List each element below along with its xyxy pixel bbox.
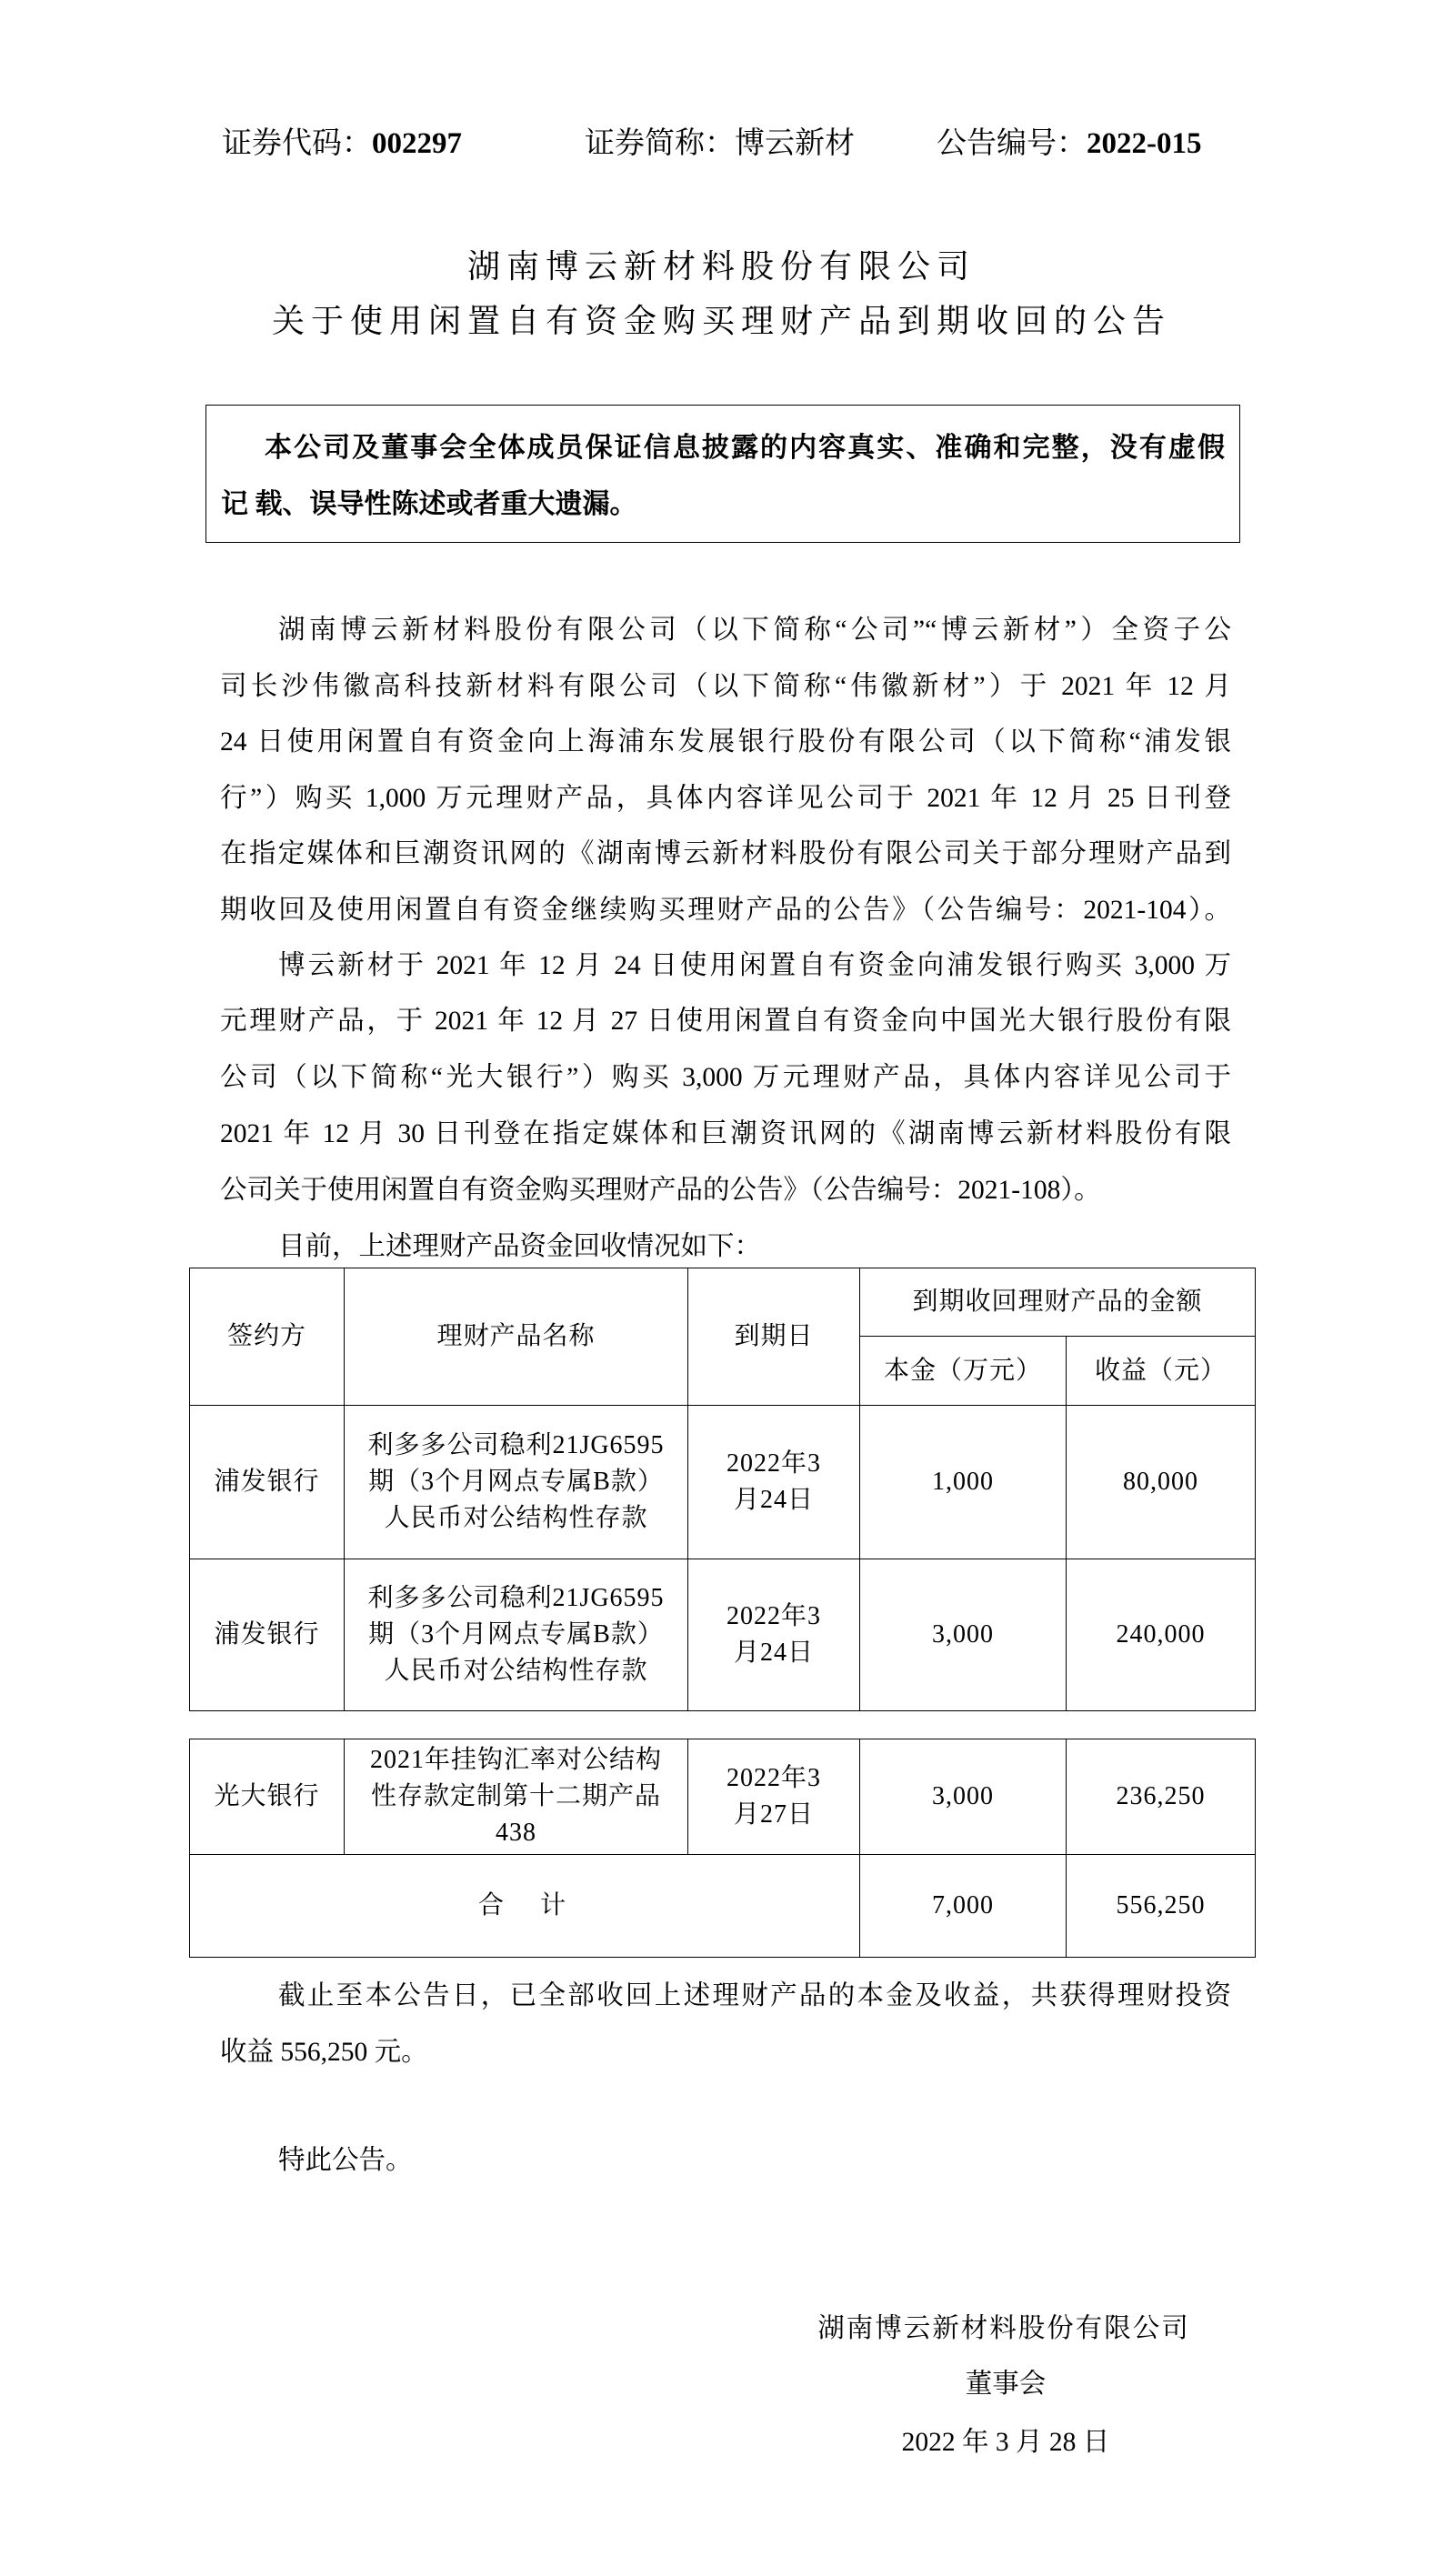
stock-code-label: 证券代码： [222, 127, 372, 160]
paragraph-line: 公司（以下简称“光大银行”）购买 3,000 万元理财产品，具体内容详见公司于 [220, 1059, 1231, 1096]
paragraph-line: 司长沙伟徽高科技新材料有限公司（以下简称“伟徽新材”）于 2021 年 12 月 [220, 668, 1231, 705]
paragraph-line: 公司关于使用闲置自有资金购买理财产品的公告》（公告编号：2021-108）。 [220, 1172, 1231, 1208]
cell-income: 80,000 [1067, 1406, 1256, 1559]
closing-text: 特此公告。 [278, 2142, 1231, 2179]
cell-total-principal: 7,000 [860, 1855, 1067, 1958]
signature-board: 董事会 [818, 2366, 1193, 2402]
announcement-no-label: 公告编号： [937, 127, 1087, 160]
cell-product-name: 利多多公司稳利21JG6595期（3个月网点专属B款）人民币对公结构性存款 [345, 1406, 688, 1559]
disclaimer-box: 本公司及董事会全体成员保证信息披露的内容真实、准确和完整，没有虚假 记 载、误导… [205, 405, 1240, 543]
paragraph-line: 2021 年 12 月 30 日刊登在指定媒体和巨潮资讯网的《湖南博云新材料股份… [220, 1116, 1231, 1152]
paragraph-line: 博云新材于 2021 年 12 月 24 日使用闲置自有资金向浦发银行购买 3,… [278, 947, 1231, 984]
paragraph-line: 在指定媒体和巨潮资讯网的《湖南博云新材料股份有限公司关于部分理财产品到 [220, 836, 1231, 872]
header-income: 收益（元） [1067, 1337, 1256, 1406]
stock-abbr-label: 证券简称： [585, 127, 735, 160]
header-principal: 本金（万元） [860, 1337, 1067, 1406]
header-party: 签约方 [190, 1268, 345, 1406]
paragraph-3: 目前，上述理财产品资金回收情况如下： [278, 1228, 1231, 1265]
table-header-row: 签约方 理财产品名称 到期日 到期收回理财产品的金额 [190, 1268, 1256, 1337]
cell-party: 光大银行 [190, 1739, 345, 1855]
cell-product-name: 2021年挂钩汇率对公结构性存款定制第十二期产品438 [345, 1739, 688, 1855]
stock-abbr: 证券简称：博云新材 [585, 124, 855, 164]
disclaimer-line-1: 本公司及董事会全体成员保证信息披露的内容真实、准确和完整，没有虚假 [265, 430, 1225, 466]
cell-principal: 1,000 [860, 1406, 1067, 1559]
cell-product-name: 利多多公司稳利21JG6595期（3个月网点专属B款）人民币对公结构性存款 [345, 1559, 688, 1711]
paragraph-line: 截止至本公告日，已全部收回上述理财产品的本金及收益，共获得理财投资 [278, 1978, 1231, 2014]
table-total-row: 合 计 7,000 556,250 [190, 1855, 1256, 1958]
cell-maturity-date: 2022年3月24日 [688, 1406, 860, 1559]
paragraph-line: 收益 556,250 元。 [220, 2034, 1231, 2070]
table-row: 光大银行 2021年挂钩汇率对公结构性存款定制第十二期产品438 2022年3月… [190, 1739, 1256, 1855]
announcement-no: 公告编号：2022-015 [937, 124, 1202, 164]
wealth-products-table-continued: 光大银行 2021年挂钩汇率对公结构性存款定制第十二期产品438 2022年3月… [189, 1739, 1256, 1958]
cell-principal: 3,000 [860, 1739, 1067, 1855]
cell-income: 236,250 [1067, 1739, 1256, 1855]
paragraph-line: 湖南博云新材料股份有限公司（以下简称“公司”“博云新材”）全资子公 [278, 612, 1231, 648]
company-title: 湖南博云新材料股份有限公司 [0, 245, 1443, 288]
cell-maturity-date: 2022年3月27日 [688, 1739, 860, 1855]
cell-principal: 3,000 [860, 1559, 1067, 1711]
stock-code: 证券代码：002297 [222, 124, 462, 164]
paragraph-line: 24 日使用闲置自有资金向上海浦东发展银行股份有限公司（以下简称“浦发银 [220, 724, 1231, 760]
paragraph-line: 期收回及使用闲置自有资金继续购买理财产品的公告》（公告编号：2021-104）。 [220, 892, 1231, 928]
wealth-products-table: 签约方 理财产品名称 到期日 到期收回理财产品的金额 本金（万元） 收益（元） … [189, 1268, 1256, 1711]
announcement-title: 关于使用闲置自有资金购买理财产品到期收回的公告 [0, 299, 1443, 343]
header-product-name: 理财产品名称 [345, 1268, 688, 1406]
cell-income: 240,000 [1067, 1559, 1256, 1711]
table-row: 浦发银行 利多多公司稳利21JG6595期（3个月网点专属B款）人民币对公结构性… [190, 1559, 1256, 1711]
paragraph-line: 行”）购买 1,000 万元理财产品，具体内容详见公司于 2021 年 12 月… [220, 780, 1231, 817]
header-maturity-date: 到期日 [688, 1268, 860, 1406]
disclaimer-line-2: 记 载、误导性陈述或者重大遗漏。 [221, 486, 1225, 523]
header-amount-group: 到期收回理财产品的金额 [860, 1268, 1256, 1337]
cell-party: 浦发银行 [190, 1406, 345, 1559]
paragraph-line: 元理财产品，于 2021 年 12 月 27 日使用闲置自有资金向中国光大银行股… [220, 1003, 1231, 1039]
signature-date: 2022 年 3 月 28 日 [818, 2424, 1193, 2461]
table-row: 浦发银行 利多多公司稳利21JG6595期（3个月网点专属B款）人民币对公结构性… [190, 1406, 1256, 1559]
announcement-no-value: 2022-015 [1087, 127, 1202, 160]
cell-total-income: 556,250 [1067, 1855, 1256, 1958]
cell-total-label: 合 计 [190, 1855, 860, 1958]
cell-maturity-date: 2022年3月24日 [688, 1559, 860, 1711]
cell-party: 浦发银行 [190, 1559, 345, 1711]
stock-code-value: 002297 [372, 127, 462, 160]
signature-company: 湖南博云新材料股份有限公司 [817, 2310, 1191, 2347]
header-line: 证券代码：002297 证券简称：博云新材 公告编号：2022-015 [222, 124, 1231, 164]
stock-abbr-value: 博云新材 [735, 127, 855, 160]
